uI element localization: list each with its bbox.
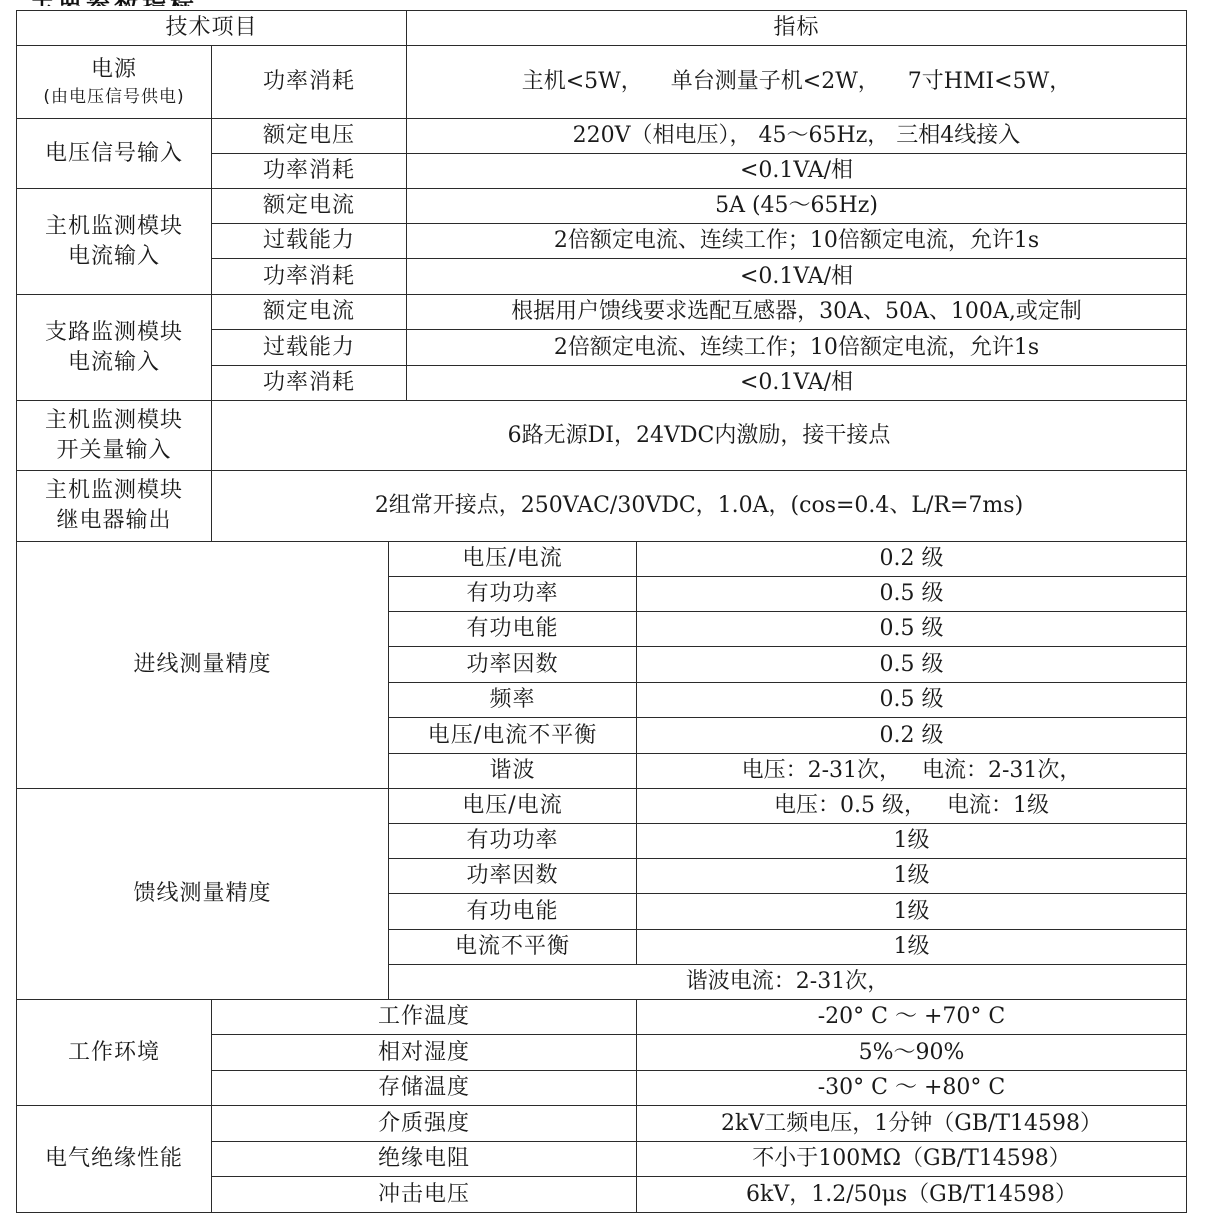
feeder-harmonic-value: 谐波电流：2-31次， xyxy=(388,964,1187,1000)
main-current-value: 2倍额定电流、连续工作；10倍额定电流，允许1s xyxy=(406,223,1187,259)
feeder-accuracy-value: 1级 xyxy=(636,929,1187,965)
incoming-accuracy-value: 0.5 级 xyxy=(636,611,1187,647)
incoming-accuracy-value: 0.5 级 xyxy=(636,646,1187,683)
power-value: 主机<5W， 单台测量子机<2W， 7寸HMI<5W， xyxy=(406,45,1187,119)
insulation-item: 冲击电压 xyxy=(211,1176,637,1213)
incoming-accuracy-item: 功率因数 xyxy=(388,646,637,683)
power-item: 功率消耗 xyxy=(211,45,407,119)
incoming-accuracy-item: 频率 xyxy=(388,682,637,718)
voltage-input-value: <0.1VA/相 xyxy=(406,153,1187,189)
environment-value: -30° C ～ +80° C xyxy=(636,1070,1187,1106)
insulation-group: 电气绝缘性能 xyxy=(16,1105,212,1213)
incoming-accuracy-item: 有功电能 xyxy=(388,611,637,647)
feeder-accuracy-item: 电压/电流 xyxy=(388,788,637,824)
insulation-item: 介质强度 xyxy=(211,1105,637,1142)
branch-current-item: 过载能力 xyxy=(211,329,407,366)
incoming-accuracy-item: 谐波 xyxy=(388,753,637,789)
power-group: 电源 (由电压信号供电) xyxy=(16,45,212,119)
incoming-accuracy-item: 电压/电流不平衡 xyxy=(388,717,637,754)
voltage-input-item: 额定电压 xyxy=(211,118,407,154)
environment-group: 工作环境 xyxy=(16,999,212,1106)
feeder-accuracy-value: 1级 xyxy=(636,858,1187,894)
branch-current-value: <0.1VA/相 xyxy=(406,365,1187,401)
feeder-accuracy-value: 电压：0.5 级， 电流：1级 xyxy=(636,788,1187,824)
environment-item: 工作温度 xyxy=(211,999,637,1035)
header-item: 技术项目 xyxy=(16,10,407,46)
feeder-accuracy-group: 馈线测量精度 xyxy=(16,788,389,1000)
feeder-accuracy-item: 有功电能 xyxy=(388,893,637,930)
feeder-accuracy-item: 功率因数 xyxy=(388,858,637,894)
main-current-value: 5A (45～65Hz) xyxy=(406,188,1187,224)
incoming-accuracy-value: 0.5 级 xyxy=(636,682,1187,718)
branch-current-item: 额定电流 xyxy=(211,294,407,330)
incoming-accuracy-value: 0.5 级 xyxy=(636,576,1187,612)
incoming-accuracy-value: 0.2 级 xyxy=(636,541,1187,577)
insulation-value: 6kV，1.2/50μs（GB/T14598） xyxy=(636,1176,1187,1213)
main-current-item: 功率消耗 xyxy=(211,258,407,295)
switch-input-group: 主机监测模块 开关量输入 xyxy=(16,400,212,471)
main-current-item: 额定电流 xyxy=(211,188,407,224)
voltage-input-item: 功率消耗 xyxy=(211,153,407,189)
relay-output-value: 2组常开接点，250VAC/30VDC，1.0A，(cos=0.4、L/R=7m… xyxy=(211,470,1187,542)
environment-item: 相对湿度 xyxy=(211,1034,637,1071)
feeder-accuracy-value: 1级 xyxy=(636,893,1187,930)
insulation-value: 2kV工频电压，1分钟（GB/T14598） xyxy=(636,1105,1187,1142)
voltage-input-value: 220V（相电压）， 45～65Hz， 三相4线接入 xyxy=(406,118,1187,154)
feeder-accuracy-item: 有功功率 xyxy=(388,823,637,859)
branch-current-item: 功率消耗 xyxy=(211,365,407,401)
environment-item: 存储温度 xyxy=(211,1070,637,1106)
branch-current-value: 根据用户馈线要求选配互感器，30A、50A、100A,或定制 xyxy=(406,294,1187,330)
environment-value: 5%～90% xyxy=(636,1034,1187,1071)
voltage-input-group: 电压信号输入 xyxy=(16,118,212,189)
incoming-accuracy-group: 进线测量精度 xyxy=(16,541,389,789)
section-title: 主要参数指标 xyxy=(30,0,198,6)
branch-current-value: 2倍额定电流、连续工作；10倍额定电流，允许1s xyxy=(406,329,1187,366)
feeder-accuracy-value: 1级 xyxy=(636,823,1187,859)
insulation-value: 不小于100MΩ（GB/T14598） xyxy=(636,1141,1187,1177)
header-spec: 指标 xyxy=(406,10,1187,46)
relay-output-group: 主机监测模块 继电器输出 xyxy=(16,470,212,542)
incoming-accuracy-item: 有功功率 xyxy=(388,576,637,612)
main-current-group: 主机监测模块 电流输入 xyxy=(16,188,212,295)
environment-value: -20° C ～ +70° C xyxy=(636,999,1187,1035)
insulation-item: 绝缘电阻 xyxy=(211,1141,637,1177)
incoming-accuracy-value: 电压：2-31次， 电流：2-31次， xyxy=(636,753,1187,789)
incoming-accuracy-item: 电压/电流 xyxy=(388,541,637,577)
main-current-item: 过载能力 xyxy=(211,223,407,259)
switch-input-value: 6路无源DI，24VDC内激励，接干接点 xyxy=(211,400,1187,471)
branch-current-group: 支路监测模块 电流输入 xyxy=(16,294,212,401)
incoming-accuracy-value: 0.2 级 xyxy=(636,717,1187,754)
main-current-value: <0.1VA/相 xyxy=(406,258,1187,295)
feeder-accuracy-item: 电流不平衡 xyxy=(388,929,637,965)
